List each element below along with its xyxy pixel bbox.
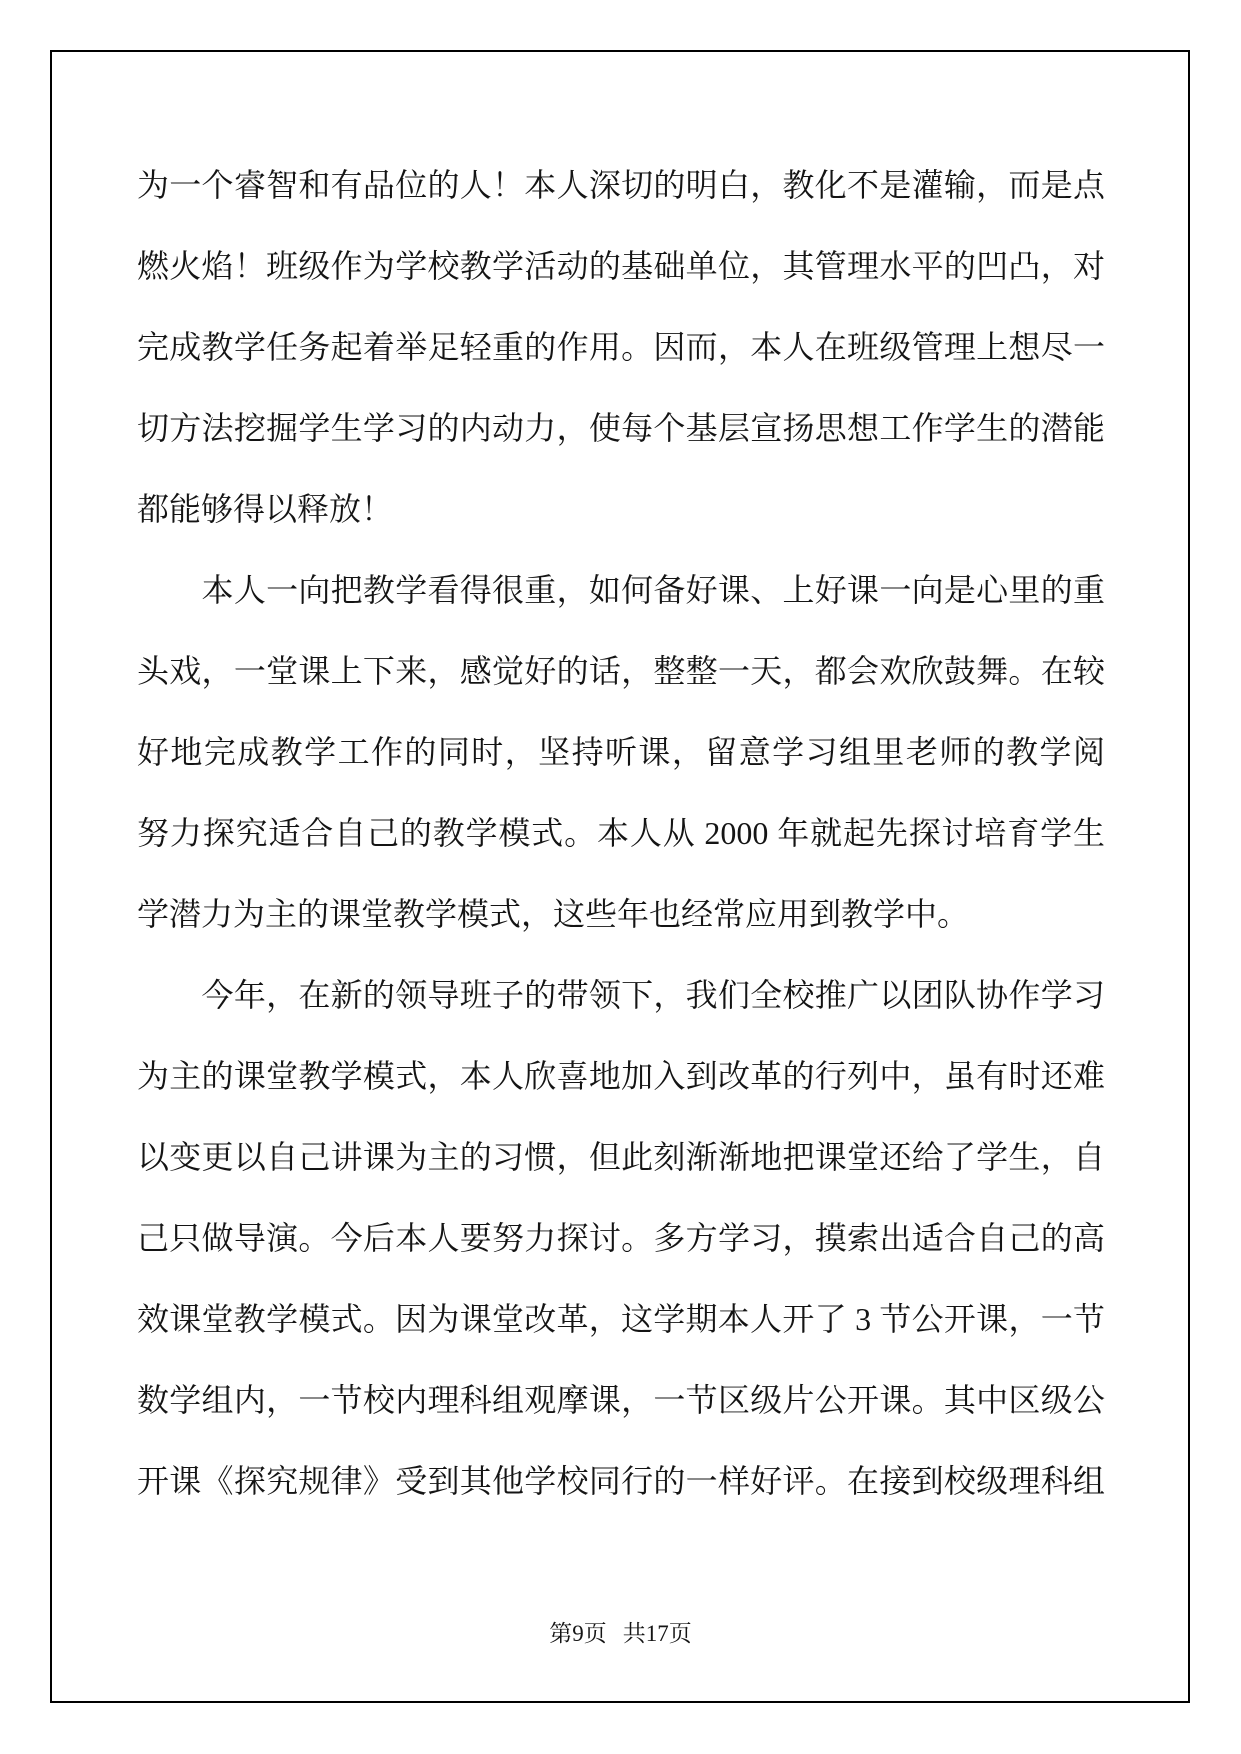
text-line: 为一个睿智和有品位的人！本人深切的明白，教化不是灌输，而是点 [137, 145, 1105, 226]
text-line: 开课《探究规律》受到其他学校同行的一样好评。在接到校级理科组 [137, 1441, 1105, 1522]
text-line: 好地完成教学工作的同时，坚持听课，留意学习组里老师的教学阅历， [137, 712, 1105, 793]
text-line: 以变更以自己讲课为主的习惯，但此刻渐渐地把课堂还给了学生，自 [137, 1117, 1105, 1198]
text-line: 本人一向把教学看得很重，如何备好课、上好课一向是心里的重 [137, 550, 1105, 631]
text-line: 头戏，一堂课上下来，感觉好的话，整整一天，都会欢欣鼓舞。在较 [137, 631, 1105, 712]
text-line: 学潜力为主的课堂教学模式，这些年也经常应用到教学中。 [137, 874, 1105, 955]
document-body: 为一个睿智和有品位的人！本人深切的明白，教化不是灌输，而是点 燃火焰！班级作为学… [137, 145, 1105, 1522]
text-line: 完成教学任务起着举足轻重的作用。因而，本人在班级管理上想尽一 [137, 307, 1105, 388]
page-number-current: 第9页 [549, 1620, 607, 1648]
document-page: 为一个睿智和有品位的人！本人深切的明白，教化不是灌输，而是点 燃火焰！班级作为学… [0, 0, 1241, 1754]
text-line: 己只做导演。今后本人要努力探讨。多方学习，摸索出适合自己的高 [137, 1198, 1105, 1279]
text-line: 都能够得以释放！ [137, 469, 1105, 550]
page-footer: 第9页共17页 [0, 1620, 1241, 1648]
text-line: 燃火焰！班级作为学校教学活动的基础单位，其管理水平的凹凸，对 [137, 226, 1105, 307]
text-line: 努力探究适合自己的教学模式。本人从 2000 年就起先探讨培育学生自 [137, 793, 1105, 874]
text-line: 今年，在新的领导班子的带领下，我们全校推广以团队协作学习 [137, 955, 1105, 1036]
text-line: 数学组内，一节校内理科组观摩课，一节区级片公开课。其中区级公 [137, 1360, 1105, 1441]
page-number-total: 共17页 [623, 1620, 692, 1648]
text-line: 为主的课堂教学模式，本人欣喜地加入到改革的行列中，虽有时还难 [137, 1036, 1105, 1117]
text-line: 效课堂教学模式。因为课堂改革，这学期本人开了 3 节公开课，一节 [137, 1279, 1105, 1360]
text-line: 切方法挖掘学生学习的内动力，使每个基层宣扬思想工作学生的潜能 [137, 388, 1105, 469]
